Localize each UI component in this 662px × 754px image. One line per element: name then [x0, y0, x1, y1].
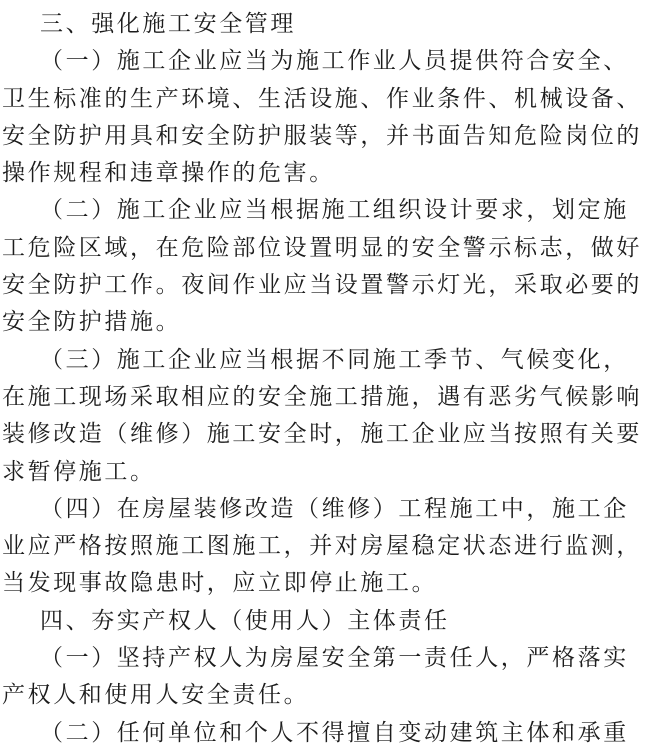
paragraph-line: 产权人和使用人安全责任。 — [2, 676, 662, 713]
paragraph-line: 安全防护工作。夜间作业应当设置警示灯光，采取必要的 — [2, 266, 662, 303]
paragraph-line: 求暂停施工。 — [2, 453, 662, 490]
heading-line: 四、夯实产权人（使用人）主体责任 — [2, 602, 662, 639]
paragraph-line: 卫生标准的生产环境、生活设施、作业条件、机械设备、 — [2, 80, 662, 117]
paragraph-line: （一）施工企业应当为施工作业人员提供符合安全、 — [2, 42, 662, 79]
heading-line: 三、强化施工安全管理 — [2, 5, 662, 42]
document-text: 三、强化施工安全管理（一）施工企业应当为施工作业人员提供符合安全、卫生标准的生产… — [2, 5, 662, 751]
document-page: 三、强化施工安全管理（一）施工企业应当为施工作业人员提供符合安全、卫生标准的生产… — [0, 0, 662, 754]
paragraph-line: 操作规程和违章操作的危害。 — [2, 154, 662, 191]
paragraph-line: （三）施工企业应当根据不同施工季节、气候变化， — [2, 341, 662, 378]
paragraph-line: 装修改造（维修）施工安全时，施工企业应当按照有关要 — [2, 415, 662, 452]
paragraph-line: 安全防护措施。 — [2, 303, 662, 340]
paragraph-line: （一）坚持产权人为房屋安全第一责任人，严格落实 — [2, 639, 662, 676]
paragraph-line: 工危险区域，在危险部位设置明显的安全警示标志，做好 — [2, 229, 662, 266]
paragraph-line: （二）任何单位和个人不得擅自变动建筑主体和承重 — [2, 714, 662, 751]
paragraph-line: 安全防护用具和安全防护服装等，并书面告知危险岗位的 — [2, 117, 662, 154]
paragraph-line: （二）施工企业应当根据施工组织设计要求，划定施 — [2, 191, 662, 228]
paragraph-line: 业应严格按照施工图施工，并对房屋稳定状态进行监测， — [2, 527, 662, 564]
paragraph-line: 当发现事故隐患时，应立即停止施工。 — [2, 564, 662, 601]
paragraph-line: （四）在房屋装修改造（维修）工程施工中，施工企 — [2, 490, 662, 527]
paragraph-line: 在施工现场采取相应的安全施工措施，遇有恶劣气候影响 — [2, 378, 662, 415]
